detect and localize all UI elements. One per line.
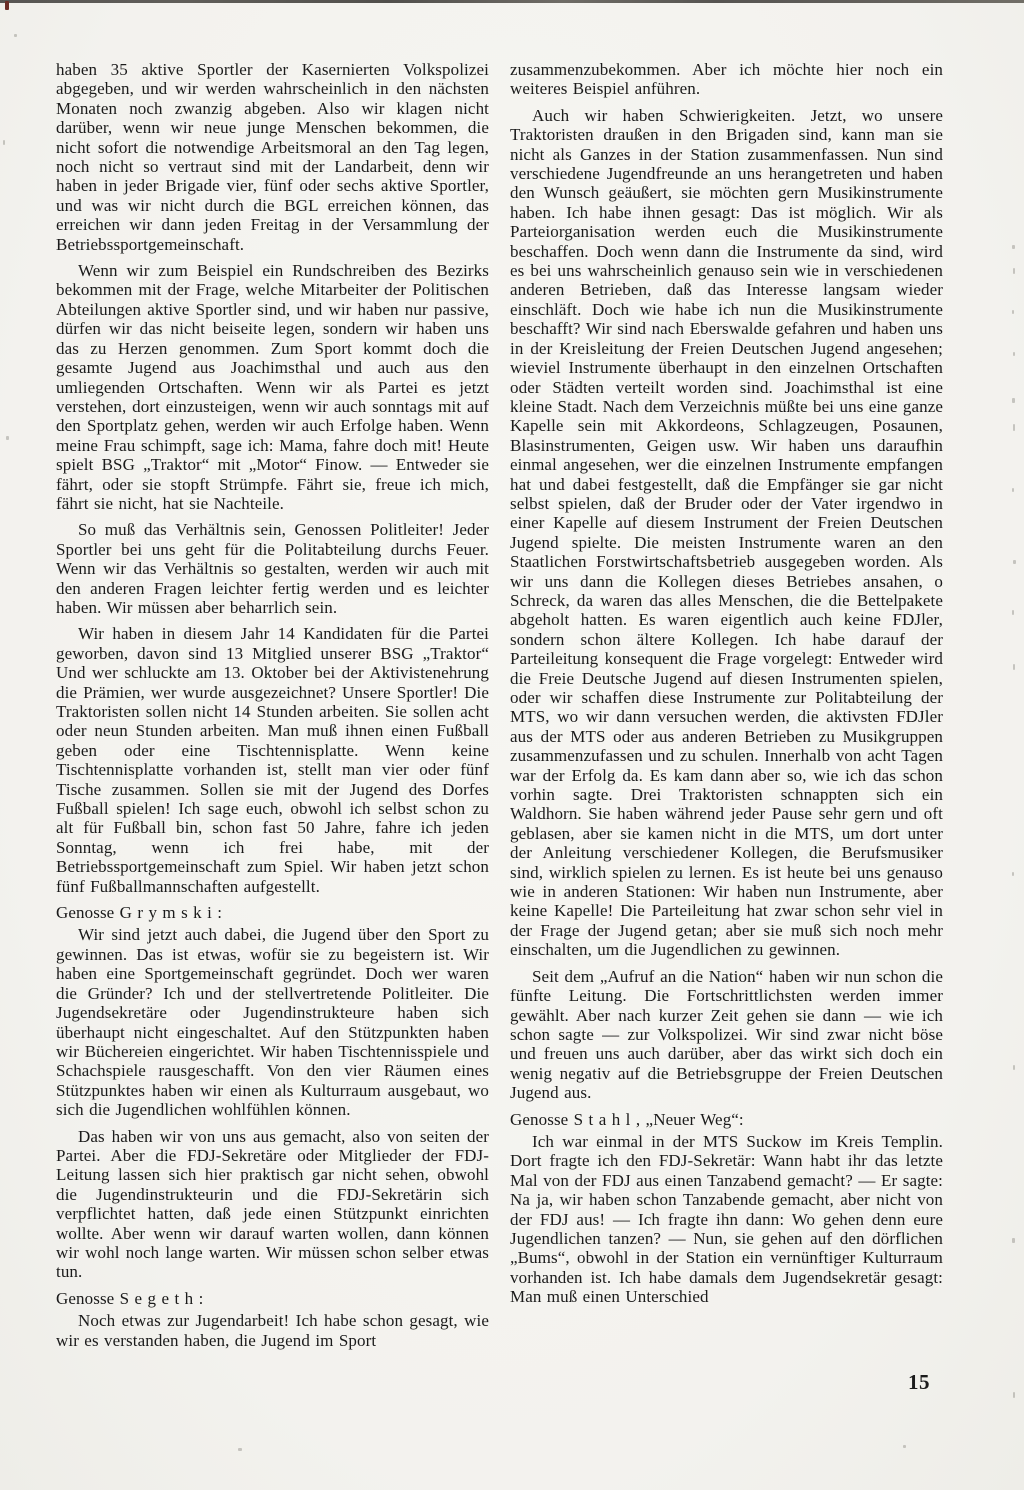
scan-artifact bbox=[14, 34, 17, 37]
scan-artifact bbox=[903, 1445, 906, 1448]
left-column: haben 35 aktive Sportler der Kasernierte… bbox=[56, 60, 489, 1370]
speaker-heading-grymski: Genosse G r y m s k i : bbox=[56, 903, 489, 922]
speaker-heading-stahl: Genosse S t a h l , „Neuer Weg“: bbox=[510, 1110, 943, 1129]
scan-artifact bbox=[1012, 310, 1014, 314]
scanned-document-page: haben 35 aktive Sportler der Kasernierte… bbox=[0, 0, 1024, 1490]
paragraph: Auch wir haben Schwierigkeiten. Jetzt, w… bbox=[510, 106, 943, 960]
scan-artifact bbox=[238, 1448, 242, 1451]
paragraph: Wenn wir zum Beispiel ein Rundschreiben … bbox=[56, 261, 489, 513]
right-column: zusammenzubekommen. Aber ich möchte hier… bbox=[510, 60, 943, 1370]
scan-artifact bbox=[1013, 424, 1015, 431]
scan-artifact bbox=[6, 436, 9, 440]
scan-top-edge-line bbox=[0, 0, 1024, 3]
scan-artifact bbox=[1012, 872, 1014, 876]
paragraph: So muß das Verhältnis sein, Genossen Pol… bbox=[56, 520, 489, 617]
paragraph: Wir haben in diesem Jahr 14 Kandidaten f… bbox=[56, 624, 489, 896]
scan-artifact bbox=[3, 140, 5, 145]
scan-artifact bbox=[1013, 352, 1015, 356]
scan-artifact bbox=[1012, 610, 1014, 615]
scan-artifact bbox=[1013, 1392, 1015, 1398]
scan-artifact bbox=[1013, 664, 1015, 670]
scan-artifact bbox=[1013, 1065, 1015, 1070]
scan-artifact bbox=[1012, 488, 1014, 492]
paragraph: haben 35 aktive Sportler der Kasernierte… bbox=[56, 60, 489, 254]
paragraph: Seit dem „Aufruf an die Nation“ haben wi… bbox=[510, 967, 943, 1103]
paragraph: Wir sind jetzt auch dabei, die Jugend üb… bbox=[56, 925, 489, 1119]
paragraph: Das haben wir von uns aus gemacht, also … bbox=[56, 1127, 489, 1282]
page-number: 15 bbox=[908, 1370, 930, 1395]
scan-artifact bbox=[1012, 245, 1015, 249]
paragraph: Ich war einmal in der MTS Suckow im Krei… bbox=[510, 1132, 943, 1307]
paragraph: zusammenzubekommen. Aber ich möchte hier… bbox=[510, 60, 943, 99]
scan-artifact bbox=[1013, 268, 1015, 274]
scan-artifact bbox=[1012, 398, 1015, 403]
two-column-text-area: haben 35 aktive Sportler der Kasernierte… bbox=[56, 60, 944, 1370]
speaker-heading-segeth: Genosse S e g e t h : bbox=[56, 1289, 489, 1308]
paragraph: Noch etwas zur Jugendarbeit! Ich habe sc… bbox=[56, 1311, 489, 1350]
scan-artifact bbox=[1012, 1238, 1015, 1243]
scan-artifact bbox=[1013, 560, 1016, 564]
scan-artifact bbox=[5, 1, 9, 10]
